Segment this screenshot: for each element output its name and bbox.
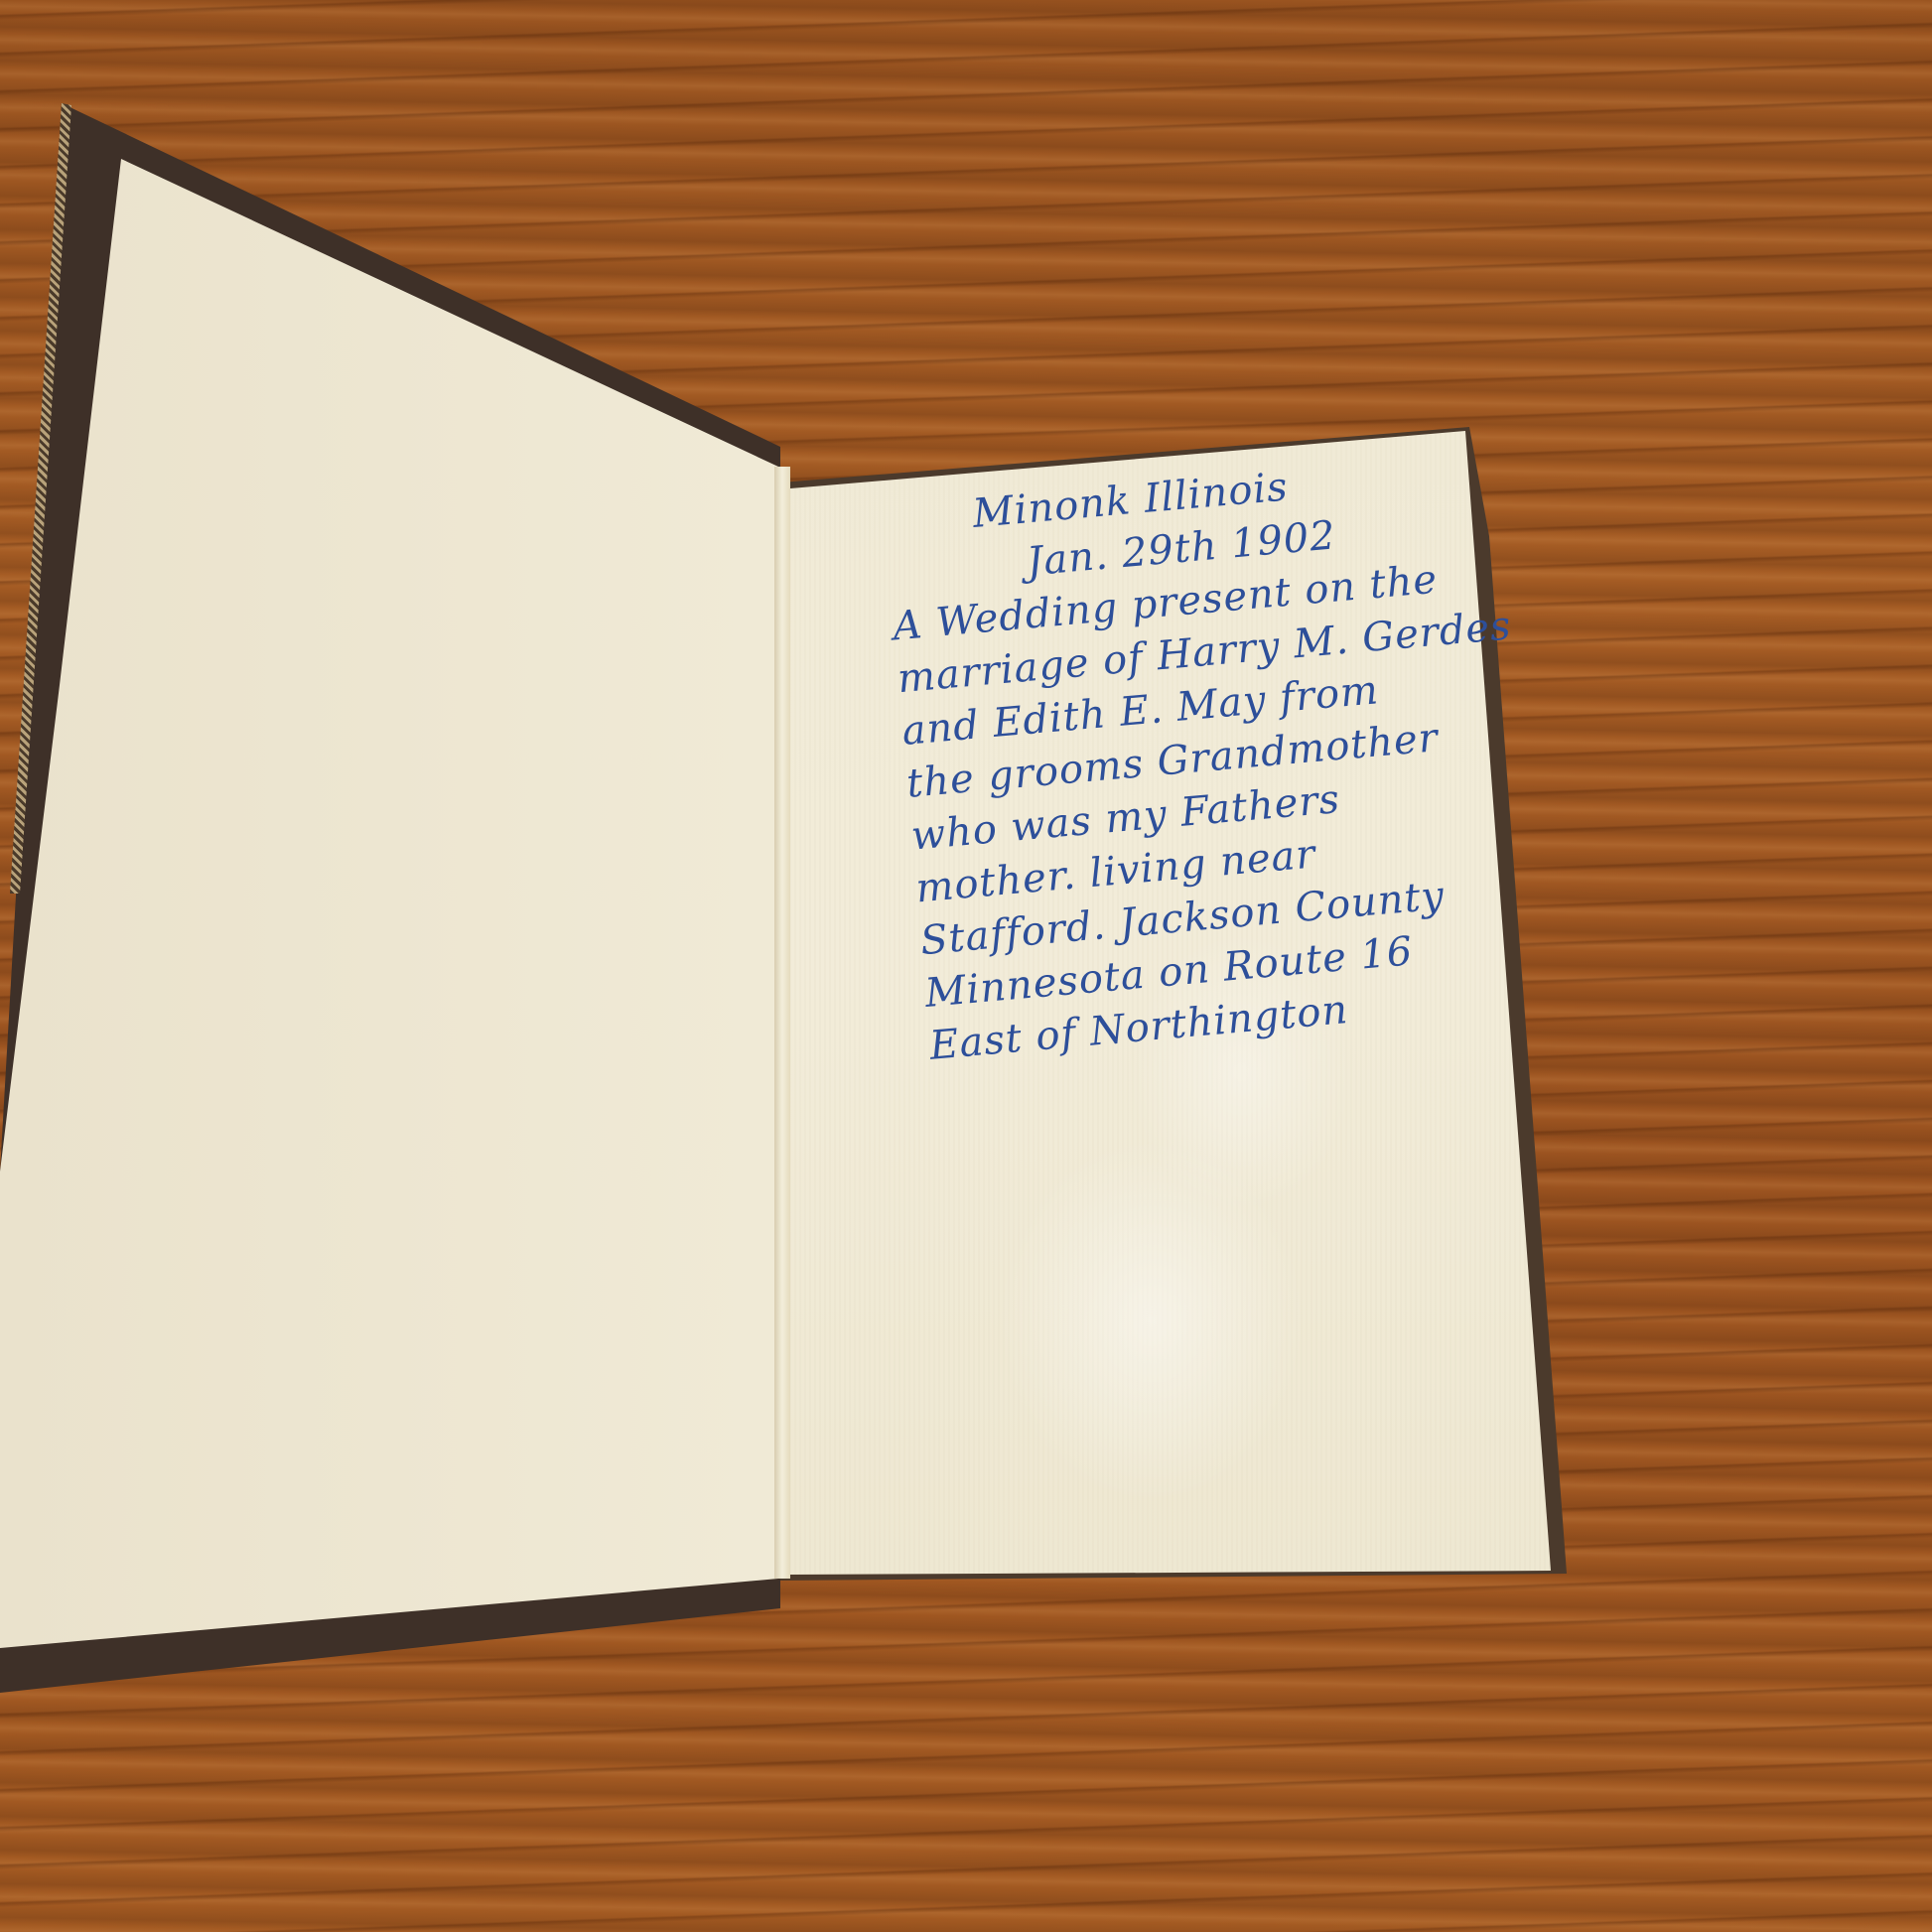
book-gutter <box>774 467 790 1579</box>
handwritten-inscription: Minonk Illinois Jan. 29th 1902 A Wedding… <box>882 443 1545 1073</box>
photo-scene: Minonk Illinois Jan. 29th 1902 A Wedding… <box>0 0 1932 1932</box>
